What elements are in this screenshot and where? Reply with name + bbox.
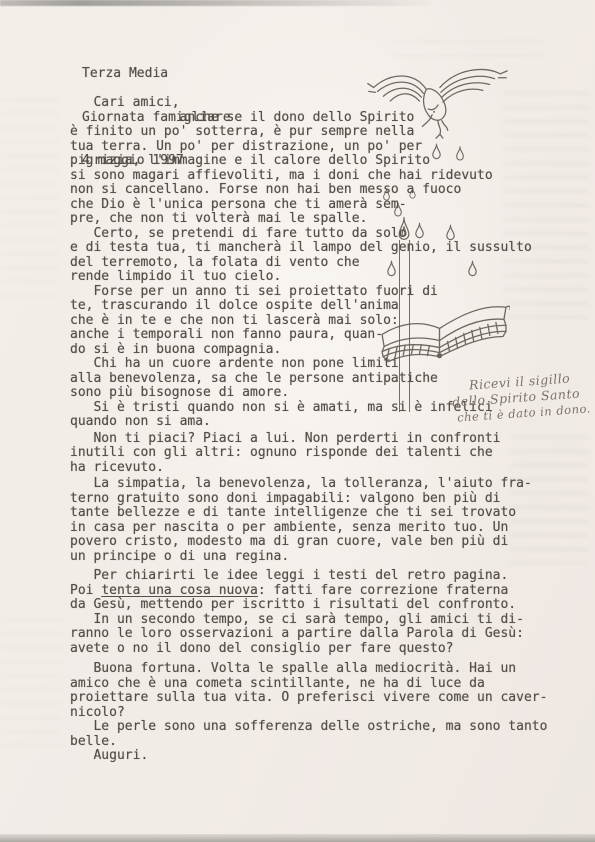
- letter-line: Cari amici,: [70, 96, 556, 111]
- scan-artifact-bottom-edge: [0, 834, 595, 842]
- letter-line: proiettare sulla tua vita. O preferisci …: [70, 691, 556, 706]
- letter-paragraph: La simpatia, la benevolenza, la tolleran…: [70, 477, 556, 564]
- letter-line: avete o no il dono del consiglio per far…: [70, 642, 556, 657]
- letter-line: amico che è una cometa scintillante, ne …: [70, 677, 556, 692]
- letter-line: do si è in buona compagnia.: [70, 343, 556, 358]
- letter-line: ha ricevuto.: [70, 461, 556, 476]
- letter-line: rende limpido il tuo cielo.: [70, 270, 556, 285]
- letter-line: terno gratuito sono doni impagabili: val…: [70, 492, 556, 507]
- letter-line: Forse per un anno ti sei proiettato fuor…: [70, 285, 556, 300]
- letter-title: Terza Media: [82, 67, 231, 82]
- letter-paragraph: anche se il dono dello Spiritoè finito u…: [70, 111, 556, 227]
- letter-line: belle.: [70, 735, 556, 750]
- letter-line: che è in te e che non ti lascerà mai sol…: [70, 314, 556, 329]
- bleed-through-patch: [392, 40, 542, 62]
- letter-line: anche se il dono dello Spirito: [70, 111, 556, 126]
- letter-line: Certo, se pretendi di fare tutto da solo: [70, 227, 556, 242]
- letter-paragraph: Non ti piaci? Piaci a lui. Non perderti …: [70, 432, 556, 476]
- letter-line: si sono magari affievoliti, ma i doni ch…: [70, 169, 556, 184]
- letter-line: inutili con gli altri: ognuno risponde d…: [70, 446, 556, 461]
- underlined-phrase: tenta una cosa nuova: [101, 583, 258, 598]
- letter-paragraph: Auguri.: [70, 749, 556, 764]
- letter-line: e di testa tua, ti mancherà il lampo del…: [70, 241, 556, 256]
- letter-paragraph: Forse per un anno ti sei proiettato fuor…: [70, 285, 556, 358]
- letter-line-segment: : fatti fare correzione fraterna: [258, 583, 508, 598]
- letter-line: povero cristo, modesto ma di gran cuore,…: [70, 535, 556, 550]
- letter-line: Buona fortuna. Volta le spalle alla medi…: [70, 662, 556, 677]
- letter-line: del terremoto, la folata di vento che: [70, 256, 556, 271]
- letter-paragraph: Cari amici,: [70, 96, 556, 111]
- letter-line-segment: Poi: [70, 583, 101, 598]
- letter-paragraph: Buona fortuna. Volta le spalle alla medi…: [70, 662, 556, 720]
- letter-paragraph: Certo, se pretendi di fare tutto da solo…: [70, 227, 556, 285]
- letter-line: in casa per nascita o per ambiente, senz…: [70, 521, 556, 536]
- letter-line: Poi tenta una cosa nuova: fatti fare cor…: [70, 584, 556, 599]
- letter-line: nicolo?: [70, 706, 556, 721]
- letter-paragraph: Per chiarirti le idee leggi i testi del …: [70, 569, 556, 613]
- letter-paragraph: In un secondo tempo, se ci sarà tempo, g…: [70, 613, 556, 657]
- letter-body: Cari amici, anche se il dono dello Spiri…: [70, 96, 556, 764]
- letter-line: pigrizia, l'immagine e il calore dello S…: [70, 154, 556, 169]
- letter-line: In un secondo tempo, se ci sarà tempo, g…: [70, 613, 556, 628]
- letter-line: un principe o di una regina.: [70, 550, 556, 565]
- letter-line: Auguri.: [70, 749, 556, 764]
- letter-line: te, trascurando il dolce ospite dell'ani…: [70, 299, 556, 314]
- letter-line: non si cancellano. Forse non hai ben mes…: [70, 183, 556, 198]
- bleed-through-patch: [2, 98, 58, 304]
- letter-line: Per chiarirti le idee leggi i testi del …: [70, 569, 556, 584]
- bleed-through-patch: [2, 618, 62, 750]
- letter-line: La simpatia, la benevolenza, la tolleran…: [70, 477, 556, 492]
- letter-line: Non ti piaci? Piaci a lui. Non perderti …: [70, 432, 556, 447]
- letter-line: Chi ha un cuore ardente non pone limiti: [70, 357, 556, 372]
- letter-line: è finito un po' sotterra, è pur sempre n…: [70, 125, 556, 140]
- letter-paragraph: Le perle sono una sofferenza delle ostri…: [70, 720, 556, 749]
- letter-line: Le perle sono una sofferenza delle ostri…: [70, 720, 556, 735]
- letter-line: ranno le loro osservazioni a partire dal…: [70, 627, 556, 642]
- scan-artifact-top-edge: [0, 0, 438, 6]
- letter-line: tua terra. Un po' per distrazione, un po…: [70, 140, 556, 155]
- letter-line: che Dio è l'unica persona che ti amerà s…: [70, 198, 556, 213]
- letter-line: pre, che non ti volterà mai le spalle.: [70, 212, 556, 227]
- letter-line: tante bellezze e di tante intelligenze c…: [70, 506, 556, 521]
- letter-line: anche i temporali non fanno paura, quan-: [70, 328, 556, 343]
- scanned-letter-page: Terza Media Giornata famigliare 4 maggio…: [0, 0, 595, 842]
- letter-line: da Gesù, mettendo per iscritto i risulta…: [70, 598, 556, 613]
